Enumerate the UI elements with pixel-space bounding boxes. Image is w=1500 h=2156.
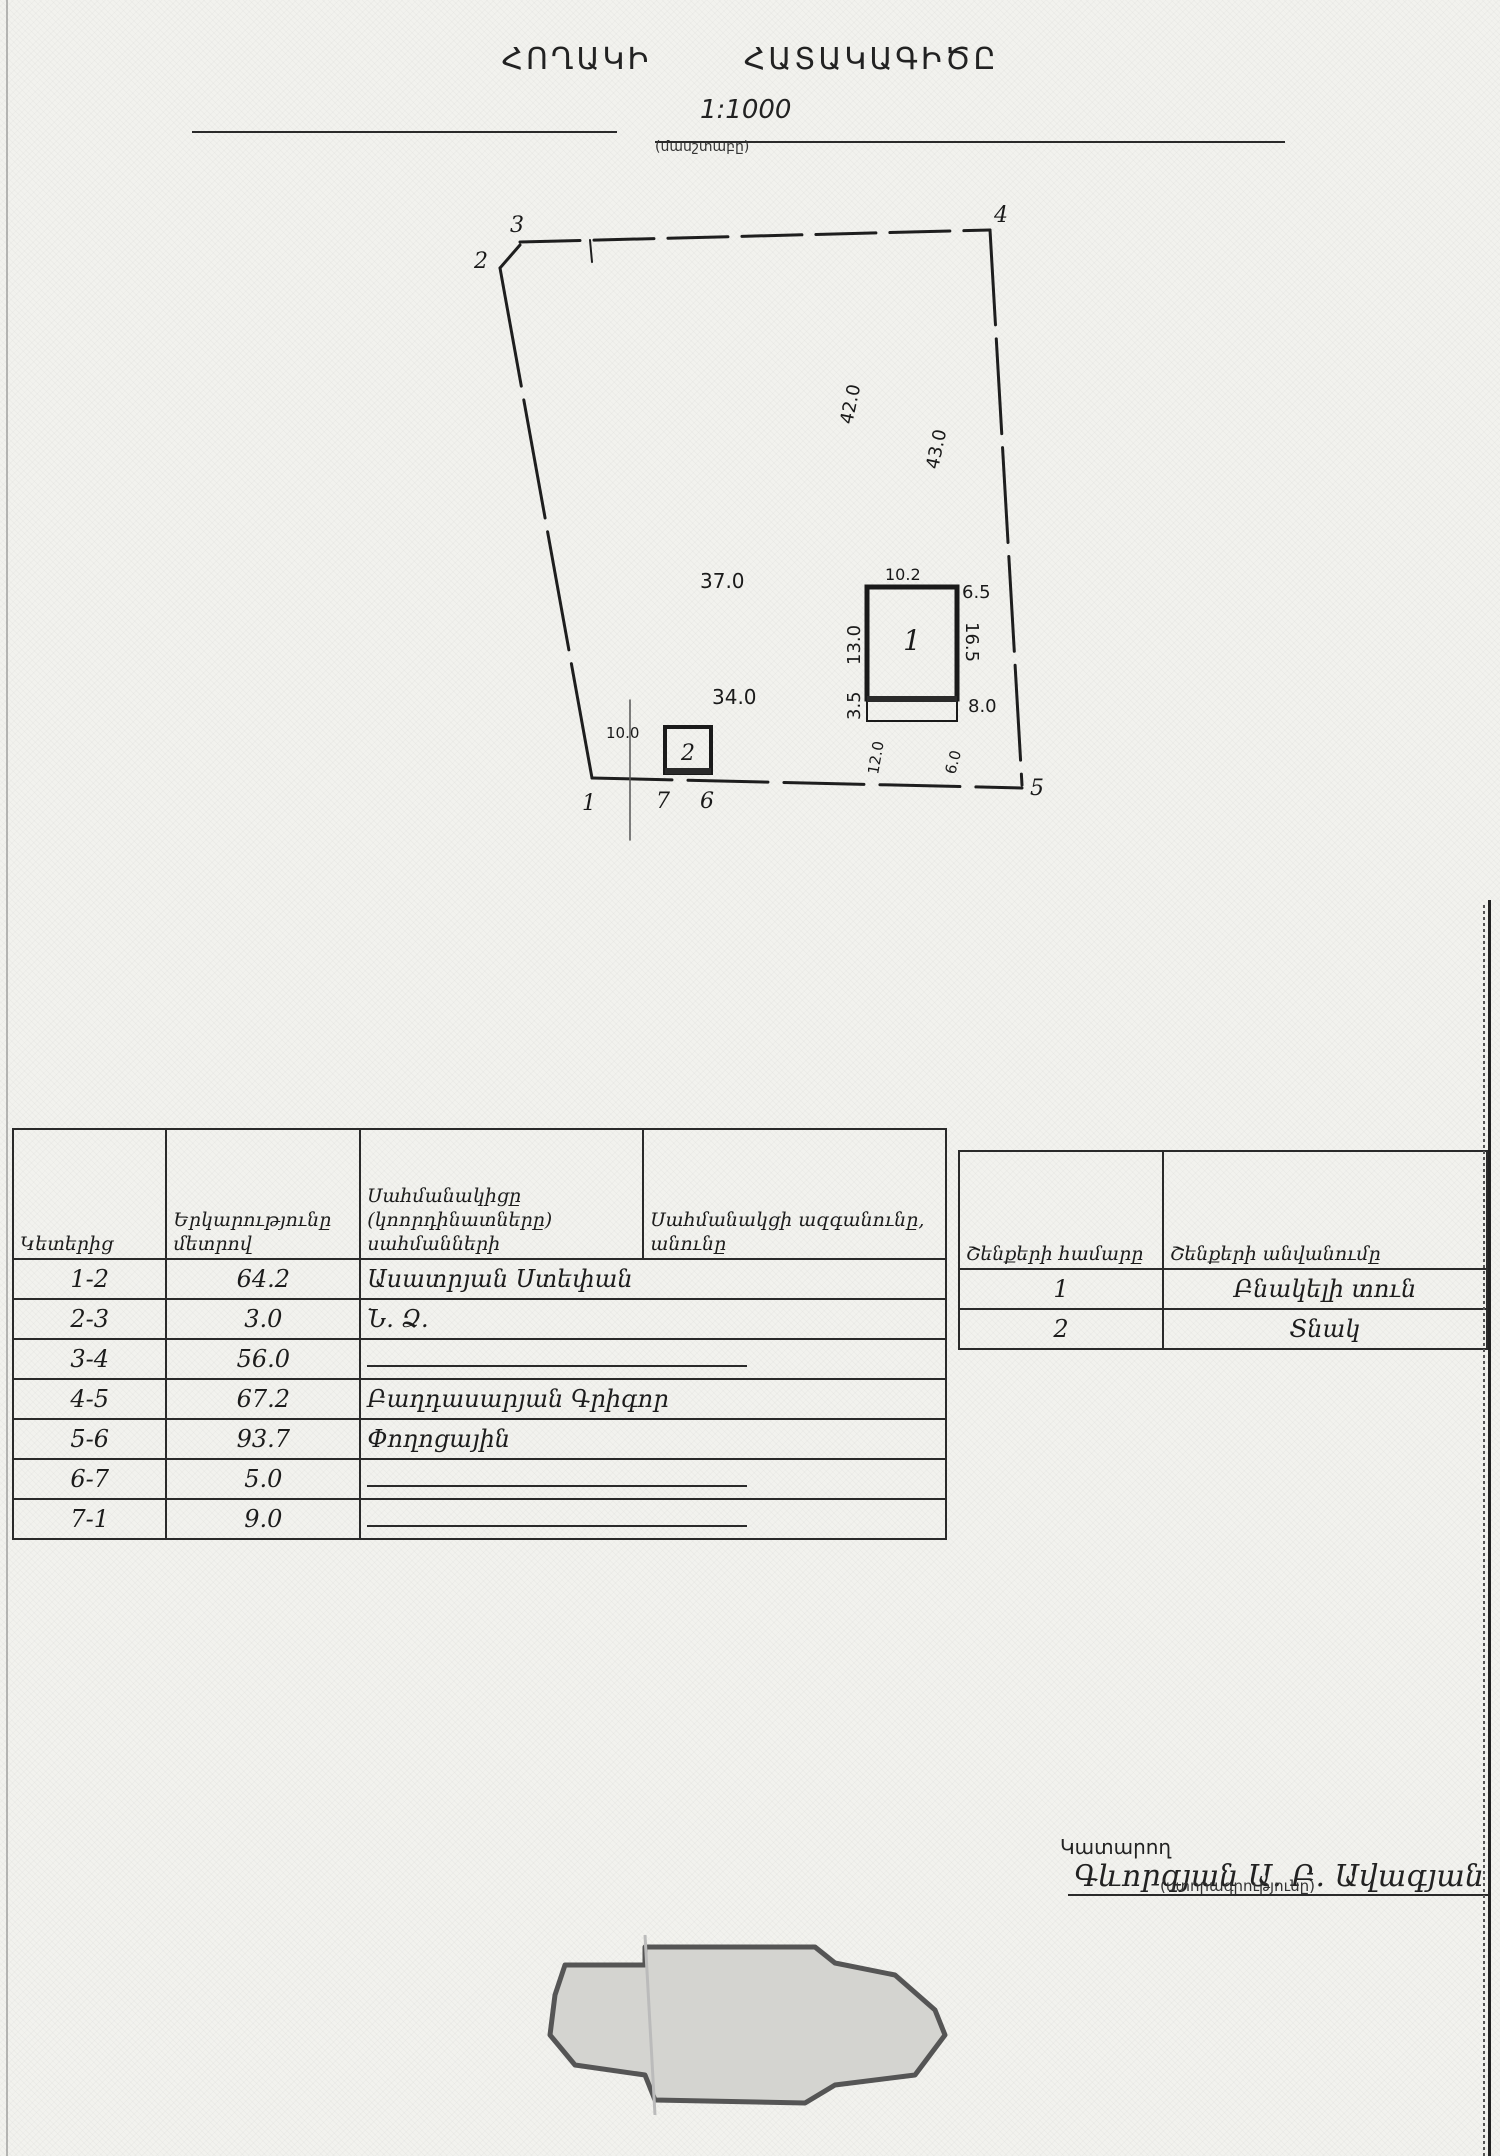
col-building-name: Շենքերի անվանումը: [1163, 1151, 1487, 1269]
dim-43-0: 43.0: [922, 427, 951, 471]
page-border-left: [6, 0, 8, 2156]
col-length: Երկարությունը մետրով: [166, 1129, 360, 1259]
point-label-2: 2: [473, 249, 488, 274]
table-row: 2 Տնակ: [959, 1309, 1487, 1349]
table-row: 7-1 9.0: [13, 1499, 946, 1539]
point-label-4: 4: [993, 203, 1008, 228]
point-label-3: 3: [510, 213, 524, 238]
col-neighbor: Սահմանակցի ազգանունը, անունը: [643, 1129, 946, 1259]
dim-42-0: 42.0: [836, 382, 865, 426]
point-label-5: 5: [1030, 776, 1044, 801]
point-labels: 1 2 3 4 5 6 7: [473, 203, 1044, 816]
point-label-6: 6: [700, 789, 714, 814]
dim-37-0: 37.0: [700, 569, 745, 593]
ditto-mark: [367, 1355, 747, 1367]
table-row: 5-6 93.7 Փողոցային: [13, 1419, 946, 1459]
stamp-seal: [535, 1935, 975, 2115]
ditto-mark: [367, 1515, 747, 1527]
dim-12-0: 12.0: [864, 740, 888, 776]
signature-caption: (ստորագրությունը): [1160, 1877, 1315, 1895]
buildings-table-header: Շենքերի համարը Շենքերի անվանումը: [959, 1151, 1487, 1269]
dim-6-0: 6.0: [941, 748, 965, 776]
ditto-mark: [367, 1475, 747, 1487]
point-label-7: 7: [656, 789, 670, 814]
dimension-labels: 42.0 43.0 37.0 34.0 10.2 6.5 13.0 16.5 3…: [606, 382, 997, 776]
executor-label: Կատարող: [1060, 1835, 1171, 1859]
table-row: 4-5 67.2 Բաղդասարյան Գրիգոր: [13, 1379, 946, 1419]
page-border-right: [1488, 900, 1491, 2156]
boundary-edge-left: [500, 268, 592, 778]
dim-16-5: 16.5: [961, 622, 982, 662]
signature-block: Կատարող Գևորգյան Ա. Բ. Ավագյան (ստորագրո…: [1060, 1835, 1500, 1896]
col-boundaries: Սահմանակիցը (կոորդինատները) սահմանների: [360, 1129, 643, 1259]
svg-text:1: 1: [903, 624, 921, 657]
col-building-number: Շենքերի համարը: [959, 1151, 1163, 1269]
table-row: 6-7 5.0: [13, 1459, 946, 1499]
boundary-edge-bottom: [592, 778, 1022, 788]
svg-text:2: 2: [680, 741, 695, 766]
dim-3-5: 3.5: [844, 691, 865, 720]
table-row: 1-2 64.2 Ասատրյան Ստեփան: [13, 1259, 946, 1299]
col-points: Կետերից: [13, 1129, 166, 1259]
boundary-edge-2-3: [500, 245, 520, 268]
buildings-table: Շենքերի համարը Շենքերի անվանումը 1 Բնակե…: [958, 1150, 1488, 1350]
dim-8-0: 8.0: [968, 696, 997, 717]
dim-10-0: 10.0: [606, 724, 639, 742]
boundary-table-header: Կետերից Երկարությունը մետրով Սահմանակիցը…: [13, 1129, 946, 1259]
table-row: 2-3 3.0 Ն. Ձ.: [13, 1299, 946, 1339]
table-row: 1 Բնակելի տուն: [959, 1269, 1487, 1309]
dim-13-0: 13.0: [844, 625, 865, 665]
page-border-dotted: [1483, 905, 1485, 2156]
plot-plan-drawing: 1 2 1 2 3 4 5 6 7 42.0 43.0 37.0 34.0 10…: [0, 0, 1500, 900]
dim-34-0: 34.0: [712, 685, 757, 709]
dim-6-5: 6.5: [962, 582, 991, 603]
building-2: 2: [665, 727, 711, 773]
point-label-1: 1: [582, 791, 596, 816]
dim-10-2: 10.2: [885, 565, 921, 584]
table-row: 3-4 56.0: [13, 1339, 946, 1379]
boundary-corner-3-notch: [590, 240, 592, 262]
building-1: 1: [867, 587, 957, 721]
boundary-table: Կետերից Երկարությունը մետրով Սահմանակիցը…: [12, 1128, 947, 1540]
